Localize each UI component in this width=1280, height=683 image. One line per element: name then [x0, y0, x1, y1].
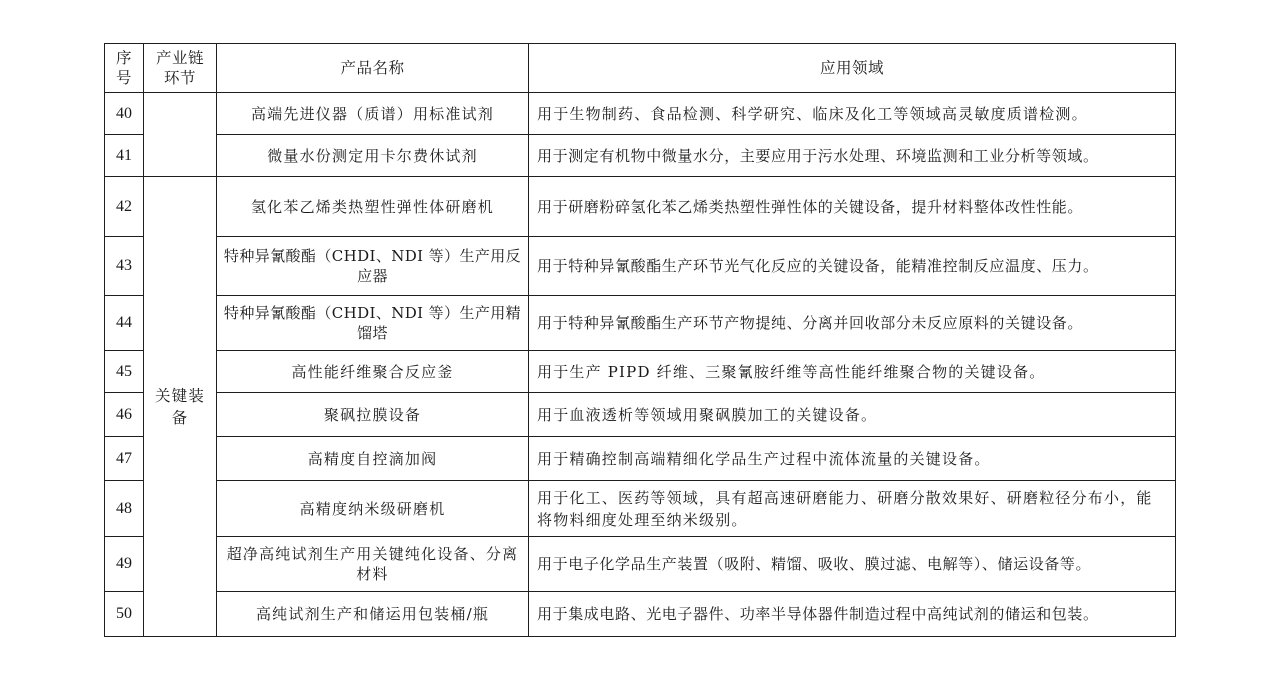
table-row: 46 聚砜拉膜设备 用于血液透析等领域用聚砜膜加工的关键设备。 — [105, 393, 1176, 437]
product-name: 高端先进仪器（质谱）用标准试剂 — [217, 93, 529, 135]
row-index: 41 — [105, 135, 144, 177]
application-field: 用于特种异氰酸酯生产环节产物提纯、分离并回收部分未反应原料的关键设备。 — [529, 296, 1176, 351]
application-field: 用于特种异氰酸酯生产环节光气化反应的关键设备，能精准控制反应温度、压力。 — [529, 237, 1176, 296]
header-product: 产品名称 — [217, 44, 529, 93]
row-index: 48 — [105, 481, 144, 537]
application-field: 用于精确控制高端精细化学品生产过程中流体流量的关键设备。 — [529, 437, 1176, 481]
header-index-label: 序号 — [115, 48, 133, 88]
application-field: 用于测定有机物中微量水分，主要应用于污水处理、环境监测和工业分析等领域。 — [529, 135, 1176, 177]
row-index: 43 — [105, 237, 144, 296]
row-index: 44 — [105, 296, 144, 351]
application-field: 用于生产 PIPD 纤维、三聚氰胺纤维等高性能纤维聚合物的关键设备。 — [529, 351, 1176, 393]
product-name: 超净高纯试剂生产用关键纯化设备、分离材料 — [217, 537, 529, 592]
table-row: 44 特种异氰酸酯（CHDI、NDI 等）生产用精馏塔 用于特种异氰酸酯生产环节… — [105, 296, 1176, 351]
product-name: 高纯试剂生产和储运用包装桶/瓶 — [217, 592, 529, 637]
header-segment: 产业链环节 — [144, 44, 217, 93]
segment-cell — [144, 93, 217, 177]
product-name: 聚砜拉膜设备 — [217, 393, 529, 437]
header-row: 序号 产业链环节 产品名称 应用领域 — [105, 44, 1176, 93]
application-field: 用于血液透析等领域用聚砜膜加工的关键设备。 — [529, 393, 1176, 437]
application-field: 用于化工、医药等领域，具有超高速研磨能力、研磨分散效果好、研磨粒径分布小，能将物… — [529, 481, 1176, 537]
application-field: 用于电子化学品生产装置（吸附、精馏、吸收、膜过滤、电解等）、储运设备等。 — [529, 537, 1176, 592]
product-name: 氢化苯乙烯类热塑性弹性体研磨机 — [217, 177, 529, 237]
table-row: 50 高纯试剂生产和储运用包装桶/瓶 用于集成电路、光电子器件、功率半导体器件制… — [105, 592, 1176, 637]
header-application: 应用领域 — [529, 44, 1176, 93]
segment-label: 关键装备 — [151, 385, 209, 429]
row-index: 45 — [105, 351, 144, 393]
header-index: 序号 — [105, 44, 144, 93]
application-field: 用于集成电路、光电子器件、功率半导体器件制造过程中高纯试剂的储运和包装。 — [529, 592, 1176, 637]
table-row: 40 高端先进仪器（质谱）用标准试剂 用于生物制药、食品检测、科学研究、临床及化… — [105, 93, 1176, 135]
row-index: 49 — [105, 537, 144, 592]
table-row: 47 高精度自控滴加阀 用于精确控制高端精细化学品生产过程中流体流量的关键设备。 — [105, 437, 1176, 481]
row-index: 42 — [105, 177, 144, 237]
application-field: 用于生物制药、食品检测、科学研究、临床及化工等领域高灵敏度质谱检测。 — [529, 93, 1176, 135]
row-index: 50 — [105, 592, 144, 637]
table-row: 49 超净高纯试剂生产用关键纯化设备、分离材料 用于电子化学品生产装置（吸附、精… — [105, 537, 1176, 592]
segment-cell: 关键装备 — [144, 177, 217, 637]
product-name: 特种异氰酸酯（CHDI、NDI 等）生产用反应器 — [217, 237, 529, 296]
product-name: 微量水份测定用卡尔费休试剂 — [217, 135, 529, 177]
application-field: 用于研磨粉碎氢化苯乙烯类热塑性弹性体的关键设备，提升材料整体改性性能。 — [529, 177, 1176, 237]
product-name: 高精度纳米级研磨机 — [217, 481, 529, 537]
product-name: 高精度自控滴加阀 — [217, 437, 529, 481]
table-row: 48 高精度纳米级研磨机 用于化工、医药等领域，具有超高速研磨能力、研磨分散效果… — [105, 481, 1176, 537]
table-row: 45 高性能纤维聚合反应釜 用于生产 PIPD 纤维、三聚氰胺纤维等高性能纤维聚… — [105, 351, 1176, 393]
table-row: 41 微量水份测定用卡尔费休试剂 用于测定有机物中微量水分，主要应用于污水处理、… — [105, 135, 1176, 177]
table-row: 42 关键装备 氢化苯乙烯类热塑性弹性体研磨机 用于研磨粉碎氢化苯乙烯类热塑性弹… — [105, 177, 1176, 237]
table-row: 43 特种异氰酸酯（CHDI、NDI 等）生产用反应器 用于特种异氰酸酯生产环节… — [105, 237, 1176, 296]
row-index: 46 — [105, 393, 144, 437]
product-table: 序号 产业链环节 产品名称 应用领域 40 高端先进仪器（质谱）用标准试剂 用于… — [104, 43, 1176, 637]
row-index: 47 — [105, 437, 144, 481]
product-name: 特种异氰酸酯（CHDI、NDI 等）生产用精馏塔 — [217, 296, 529, 351]
product-name: 高性能纤维聚合反应釜 — [217, 351, 529, 393]
row-index: 40 — [105, 93, 144, 135]
header-segment-label: 产业链环节 — [155, 48, 205, 88]
